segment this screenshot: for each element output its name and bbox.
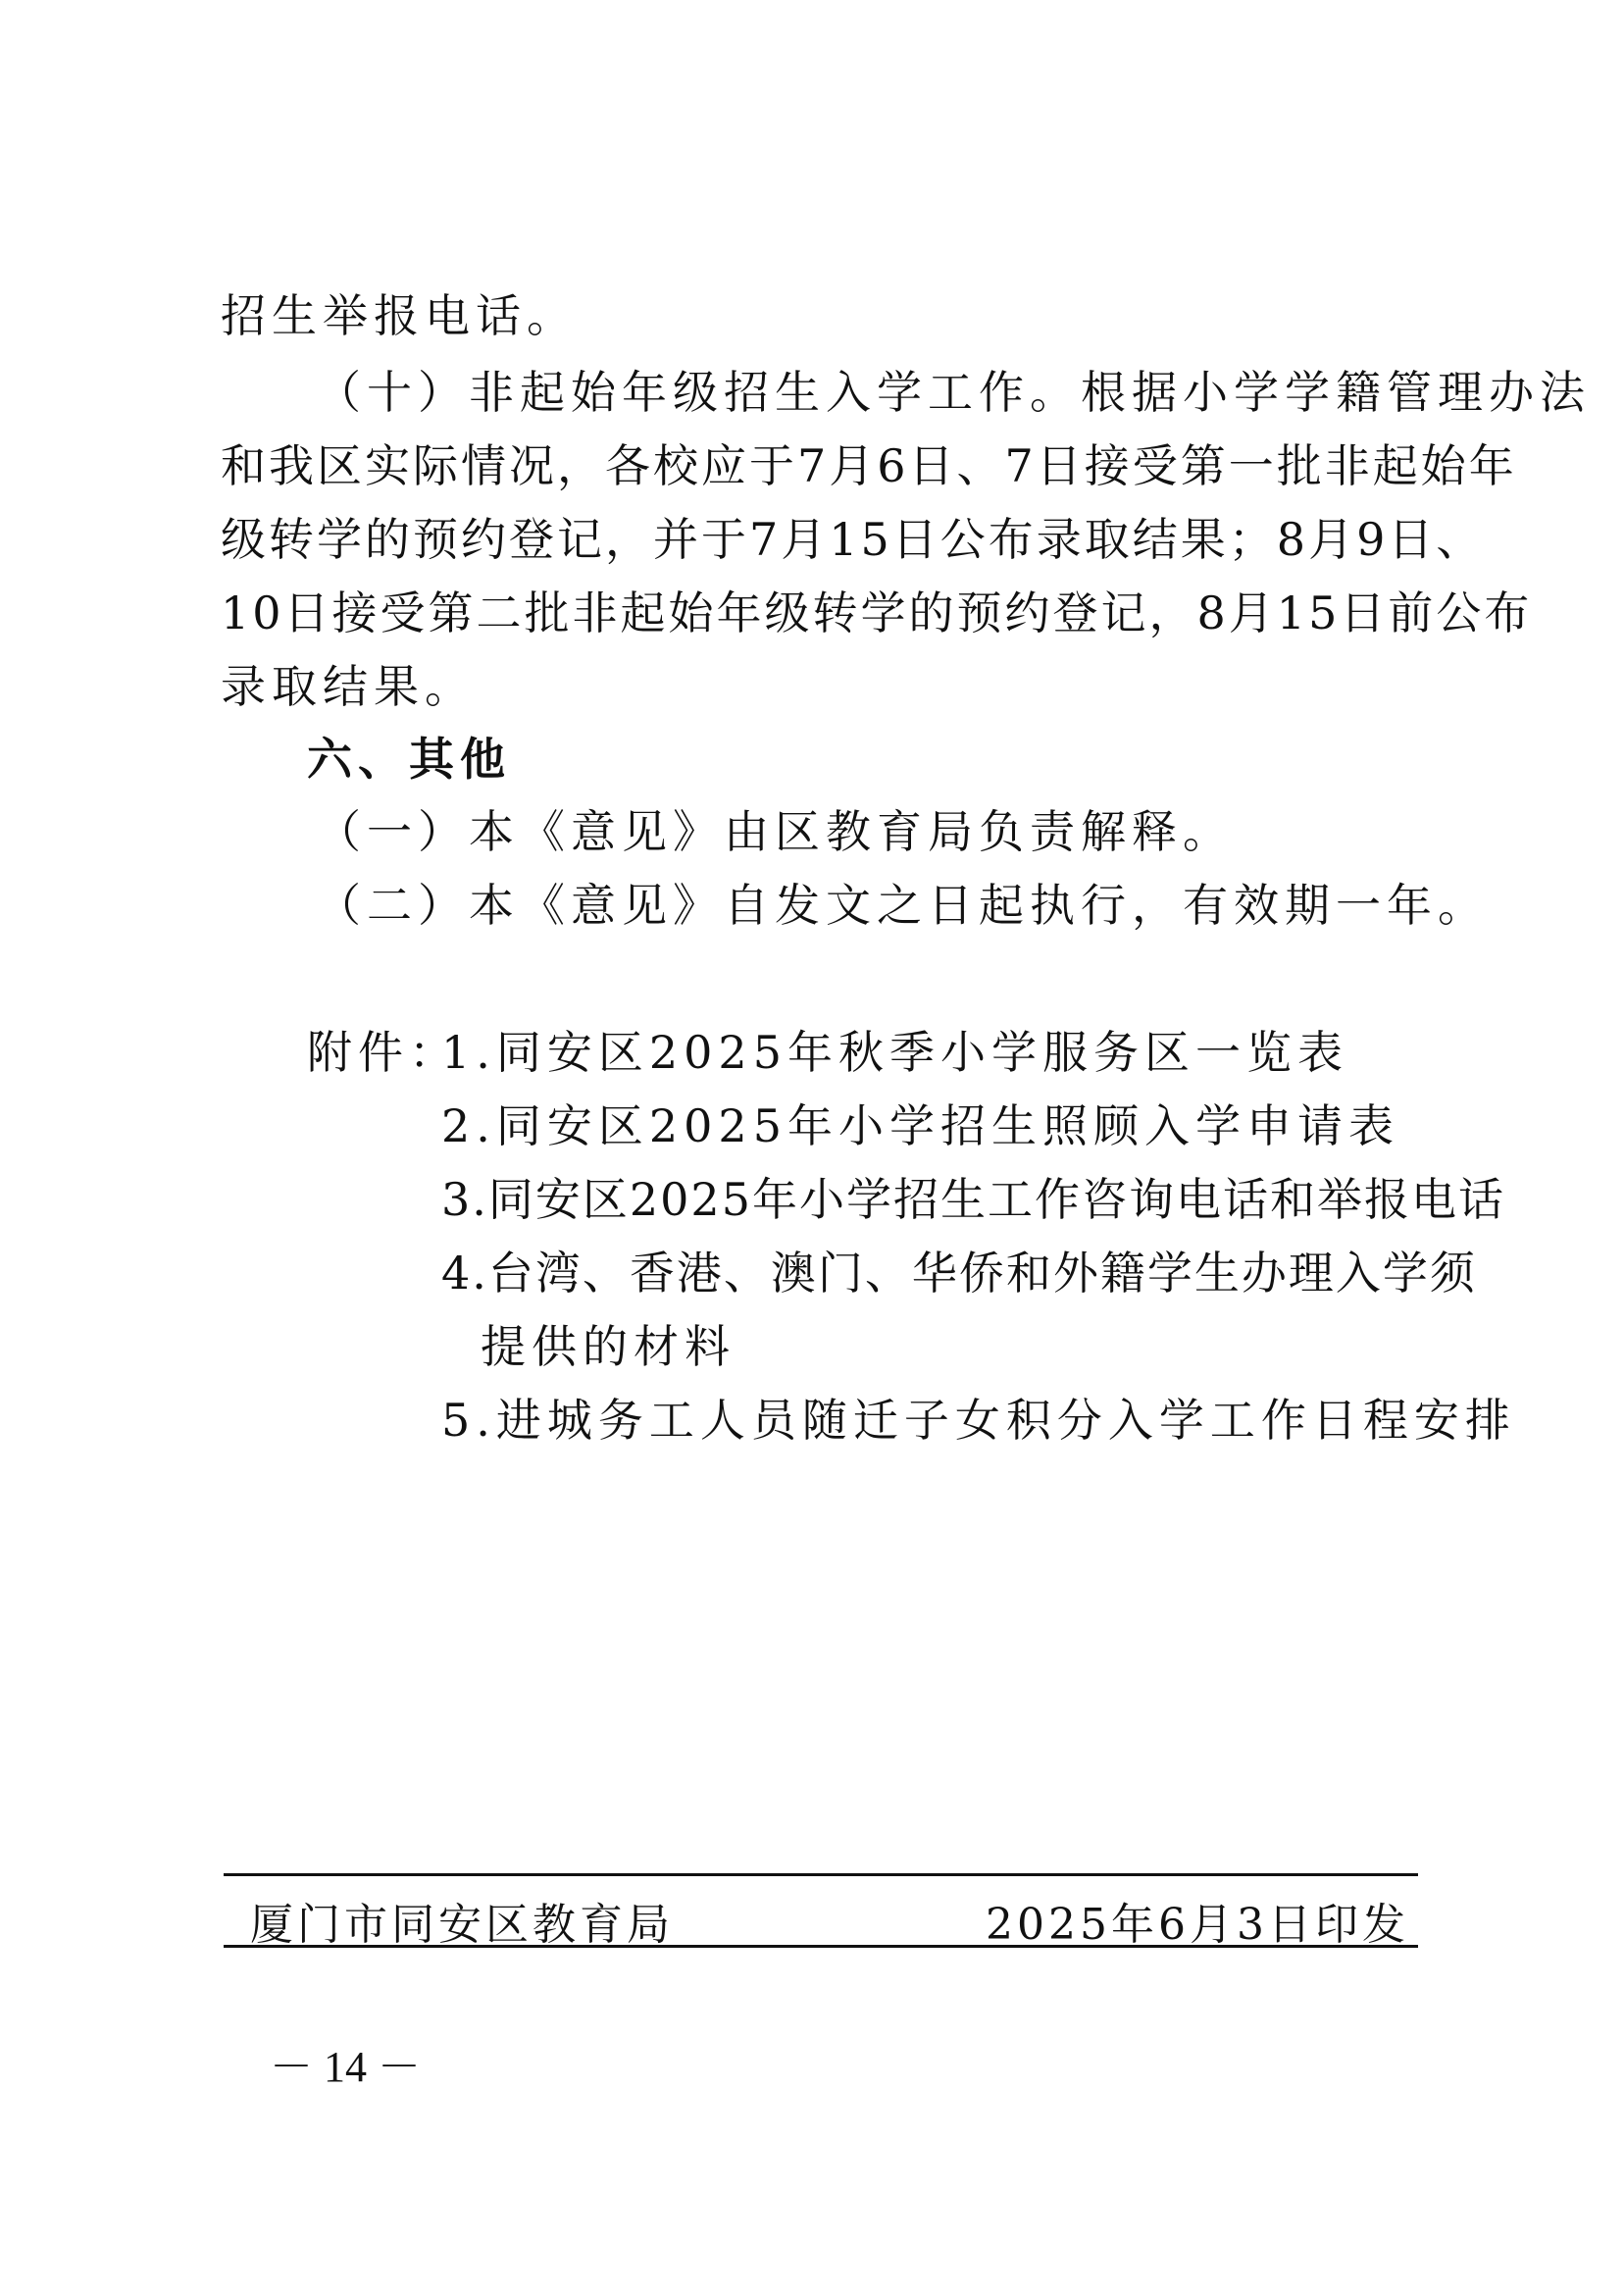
footer-top-rule [224, 1873, 1418, 1876]
attachment-item: 2.同安区2025年小学招生照顾入学申请表 [441, 1098, 1399, 1153]
body-line: 录取结果。 [221, 659, 476, 714]
section-item: （二）本《意见》自发文之日起执行，有效期一年。 [316, 878, 1489, 933]
section-heading: 六、其他 [307, 732, 511, 787]
attachment-item: 1.同安区2025年秋季小学服务区一览表 [441, 1025, 1348, 1080]
body-line: 招生举报电话。 [221, 288, 578, 343]
body-line: 10日接受第二批非起始年级转学的预约登记，8月15日前公布 [221, 586, 1532, 640]
section-item: （一）本《意见》由区教育局负责解释。 [316, 804, 1234, 859]
body-line: 级转学的预约登记，并于7月15日公布录取结果；8月9日、 [221, 512, 1484, 567]
attachment-item: 5.进城务工人员随迁子女积分入学工作日程安排 [441, 1393, 1516, 1448]
body-line: 和我区实际情况，各校应于7月6日、7日接受第一批非起始年 [221, 438, 1517, 493]
attachment-item: 4.台湾、香港、澳门、华侨和外籍学生办理入学须 [441, 1246, 1477, 1300]
page-number: － 14 － [270, 2040, 421, 2095]
attachment-item-continuation: 提供的材料 [481, 1319, 736, 1374]
attachment-item: 3.同安区2025年小学招生工作咨询电话和举报电话 [441, 1172, 1505, 1227]
attachments-label: 附件： [307, 1025, 460, 1080]
body-line: （十）非起始年级招生入学工作。根据小学学籍管理办法 [316, 365, 1591, 420]
footer-bottom-rule [224, 1945, 1418, 1948]
